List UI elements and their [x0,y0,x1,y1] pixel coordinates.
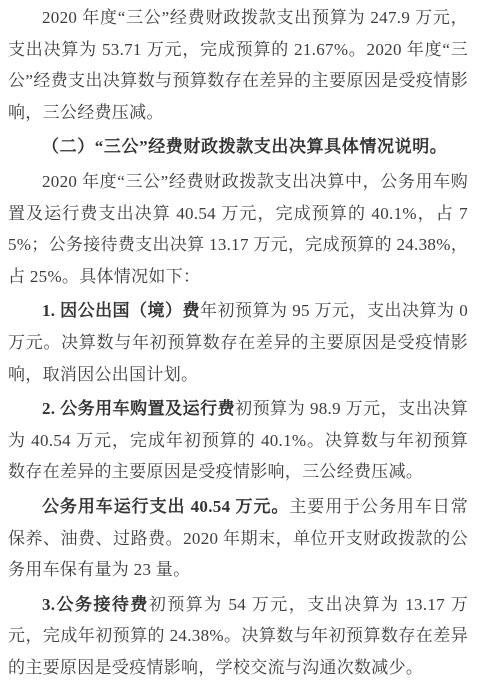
paragraph-summary: 2020 年度“三公”经费财政拨款支出预算为 247.9 万元，支出决算为 53… [8,2,468,128]
item-vehicle-expense-lead: 2. 公务用车购置及运行费 [42,399,235,418]
item-vehicle-expense: 2. 公务用车购置及运行费初预算为 98.9 万元，支出决算为 40.54 万元… [8,393,468,488]
item-abroad-expense-lead: 1. 因公出国（境）费 [42,301,200,320]
paragraph-summary-text: 2020 年度“三公”经费财政拨款支出预算为 247.9 万元，支出决算为 53… [8,8,468,122]
paragraph-overview-text: 2020 年度“三公”经费财政拨款支出决算中，公务用车购置及运行费支出决算 40… [8,172,468,286]
section-heading: （二）“三公”经费财政拨款支出决算具体情况说明。 [8,131,468,163]
item-abroad-expense: 1. 因公出国（境）费年初预算为 95 万元，支出决算为 0 万元。决算数与年初… [8,295,468,390]
item-reception-expense: 3.公务接待费初预算为 54 万元，支出决算为 13.17 万元，完成年初预算的… [8,589,468,684]
section-heading-text: （二）“三公”经费财政拨款支出决算具体情况说明。 [42,137,447,156]
document-page: 2020 年度“三公”经费财政拨款支出预算为 247.9 万元，支出决算为 53… [0,0,477,694]
item-reception-expense-lead: 3.公务接待费 [42,595,149,614]
paragraph-overview: 2020 年度“三公”经费财政拨款支出决算中，公务用车购置及运行费支出决算 40… [8,166,468,292]
paragraph-vehicle-operation: 公务用车运行支出 40.54 万元。主要用于公务用车日常保养、油费、过路费。20… [8,491,468,586]
paragraph-vehicle-operation-lead: 公务用车运行支出 40.54 万元。 [42,497,289,516]
